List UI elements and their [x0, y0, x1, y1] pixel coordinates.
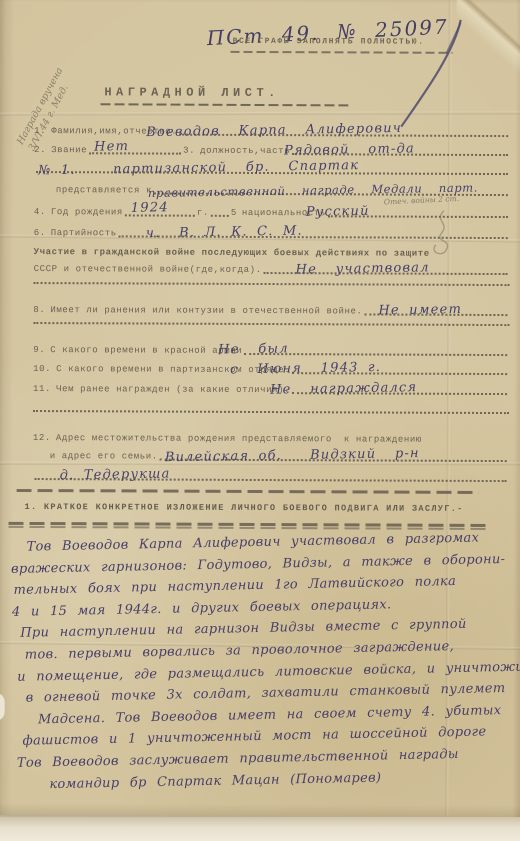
dotted-continuation-line — [33, 410, 509, 414]
corner-handwritten-note: Награда вручена 3/VI 44 г. Мед. — [14, 65, 78, 153]
field-2-value: Нет — [94, 139, 129, 155]
field-4-label: Год рождения — [51, 207, 123, 217]
nomination-label: представляется к — [56, 185, 152, 195]
field-12-row-line3: д. Тедерукша — [33, 468, 509, 483]
field-8-row: 8. Имеет ли ранения или контузии в отече… — [33, 302, 509, 317]
field-3-number: 3. — [183, 146, 195, 156]
field-11-row: 11. Чем ранее награжден (за какие отличи… — [33, 381, 509, 396]
field-10-number: 10. — [33, 364, 51, 374]
field-3-label: должность,часть — [200, 146, 290, 156]
field-6-row: 6. Партийность ч. В. Л. К. С. М. — [34, 225, 510, 240]
field-3-continuation-row: № 1. партизанской бр. Спартак — [34, 161, 510, 176]
field-11-label: Чем ранее награжден (за какие отличия). — [56, 384, 290, 395]
field-7-label-line2: СССР и отечественной войне(где,когда). — [34, 264, 262, 275]
pen-flourish-mark — [386, 17, 469, 133]
field-10-value: с Июня 1943 г. — [230, 360, 381, 377]
title-underline — [100, 103, 348, 106]
field-8-label: Имеет ли ранения или контузии в отечеств… — [50, 305, 362, 316]
field-10-row: 10. С какого времени в партизанском отря… — [33, 361, 509, 376]
field-4-unit: г. — [197, 208, 209, 218]
section-heading: 1. КРАТКОЕ КОНКРЕТНОЕ ИЗЛОЖЕНИЕ ЛИЧНОГО … — [25, 502, 464, 514]
field-12-label-line1: Адрес местожительства рождения представл… — [56, 433, 422, 445]
torn-edge-chip — [0, 693, 5, 721]
field-7-label-text: Участие в гражданской войне последующих … — [34, 247, 430, 259]
field-4-value: 1924 — [131, 200, 169, 216]
field-1-number: 1. — [34, 126, 46, 136]
field-2-3-row: 2. Звание 3. должность,часть Нет Рядовой… — [34, 142, 510, 157]
scanned-award-sheet-page: ПСт 49. № 25097 ВСЕ ГРАФЫ ЗАПОЛНЯТЬ ПОЛН… — [0, 0, 520, 841]
field-12-label-line2: и адрес его семьи. — [50, 451, 158, 461]
field-7-row-line1: Участие в гражданской войне последующих … — [34, 244, 510, 259]
field-7-label-line1: Участие в гражданской войне последующих … — [34, 247, 430, 259]
field-12-row-line1: 12. Адрес местожительства рождения предс… — [33, 430, 509, 445]
field-6-label: Партийность — [51, 228, 117, 238]
field-4-5-row: 4. Год рождения г. 5 национальность 1924… — [34, 204, 510, 219]
merit-narrative: Тов Воеводов Карпа Алиферович участвовал… — [10, 527, 509, 796]
field-4-number: 4. — [34, 207, 46, 217]
field-7-row-line2: СССР и отечественной войне(где,когда). Н… — [34, 261, 510, 276]
field-1-value: Воеводов Карпа Алиферович — [146, 121, 402, 140]
paper-sheet: ПСт 49. № 25097 ВСЕ ГРАФЫ ЗАПОЛНЯТЬ ПОЛН… — [0, 0, 520, 817]
field-5-value: Русский — [306, 204, 370, 220]
section-divider — [17, 489, 479, 494]
field-8-value: Не имеет — [378, 302, 462, 318]
scanner-background-strip — [0, 817, 520, 841]
field-2-number: 2. — [34, 145, 46, 155]
field-1-row: 1. Фамилия,имя,отчество. Воеводов Карпа … — [34, 123, 510, 138]
field-3-value-continued: № 1. партизанской бр. Спартак — [38, 158, 359, 178]
field-9-value: Не был — [218, 341, 289, 357]
field-11-value: Не награждался — [270, 380, 417, 397]
field-2-label: Звание — [51, 145, 87, 155]
field-3-value: Рядовой от-да — [284, 141, 415, 158]
field-9-number: 9. — [33, 345, 45, 355]
dotted-continuation-line — [34, 282, 510, 286]
field-8-number: 8. — [33, 305, 45, 315]
field-12-value2: д. Тедерукша — [60, 466, 171, 483]
field-11-number: 11. — [33, 384, 51, 394]
field-12-value: Вилейская об. Видзкий р-н — [165, 446, 420, 465]
field-6-value: ч. В. Л. К. С. М. — [146, 224, 303, 242]
field-6-number: 6. — [34, 228, 46, 238]
field-9-label: С какого времени в красной армии — [50, 345, 242, 356]
field-12-number: 12. — [33, 433, 51, 443]
field-7-value: Не участвовал — [295, 260, 429, 277]
field-9-row: 9. С какого времени в красной армии Не б… — [33, 342, 509, 357]
page-title: НАГРАДНОЙ ЛИСТ. — [104, 85, 280, 100]
field-5-number: 5 — [231, 208, 237, 218]
dotted-leader — [211, 215, 229, 217]
section-heading-row: 1. КРАТКОЕ КОНКРЕТНОЕ ИЗЛОЖЕНИЕ ЛИЧНОГО … — [25, 499, 509, 514]
dotted-continuation-line — [33, 322, 509, 326]
field-12-row-line2: и адрес его семьи. Вилейская об. Видзкий… — [50, 448, 509, 463]
